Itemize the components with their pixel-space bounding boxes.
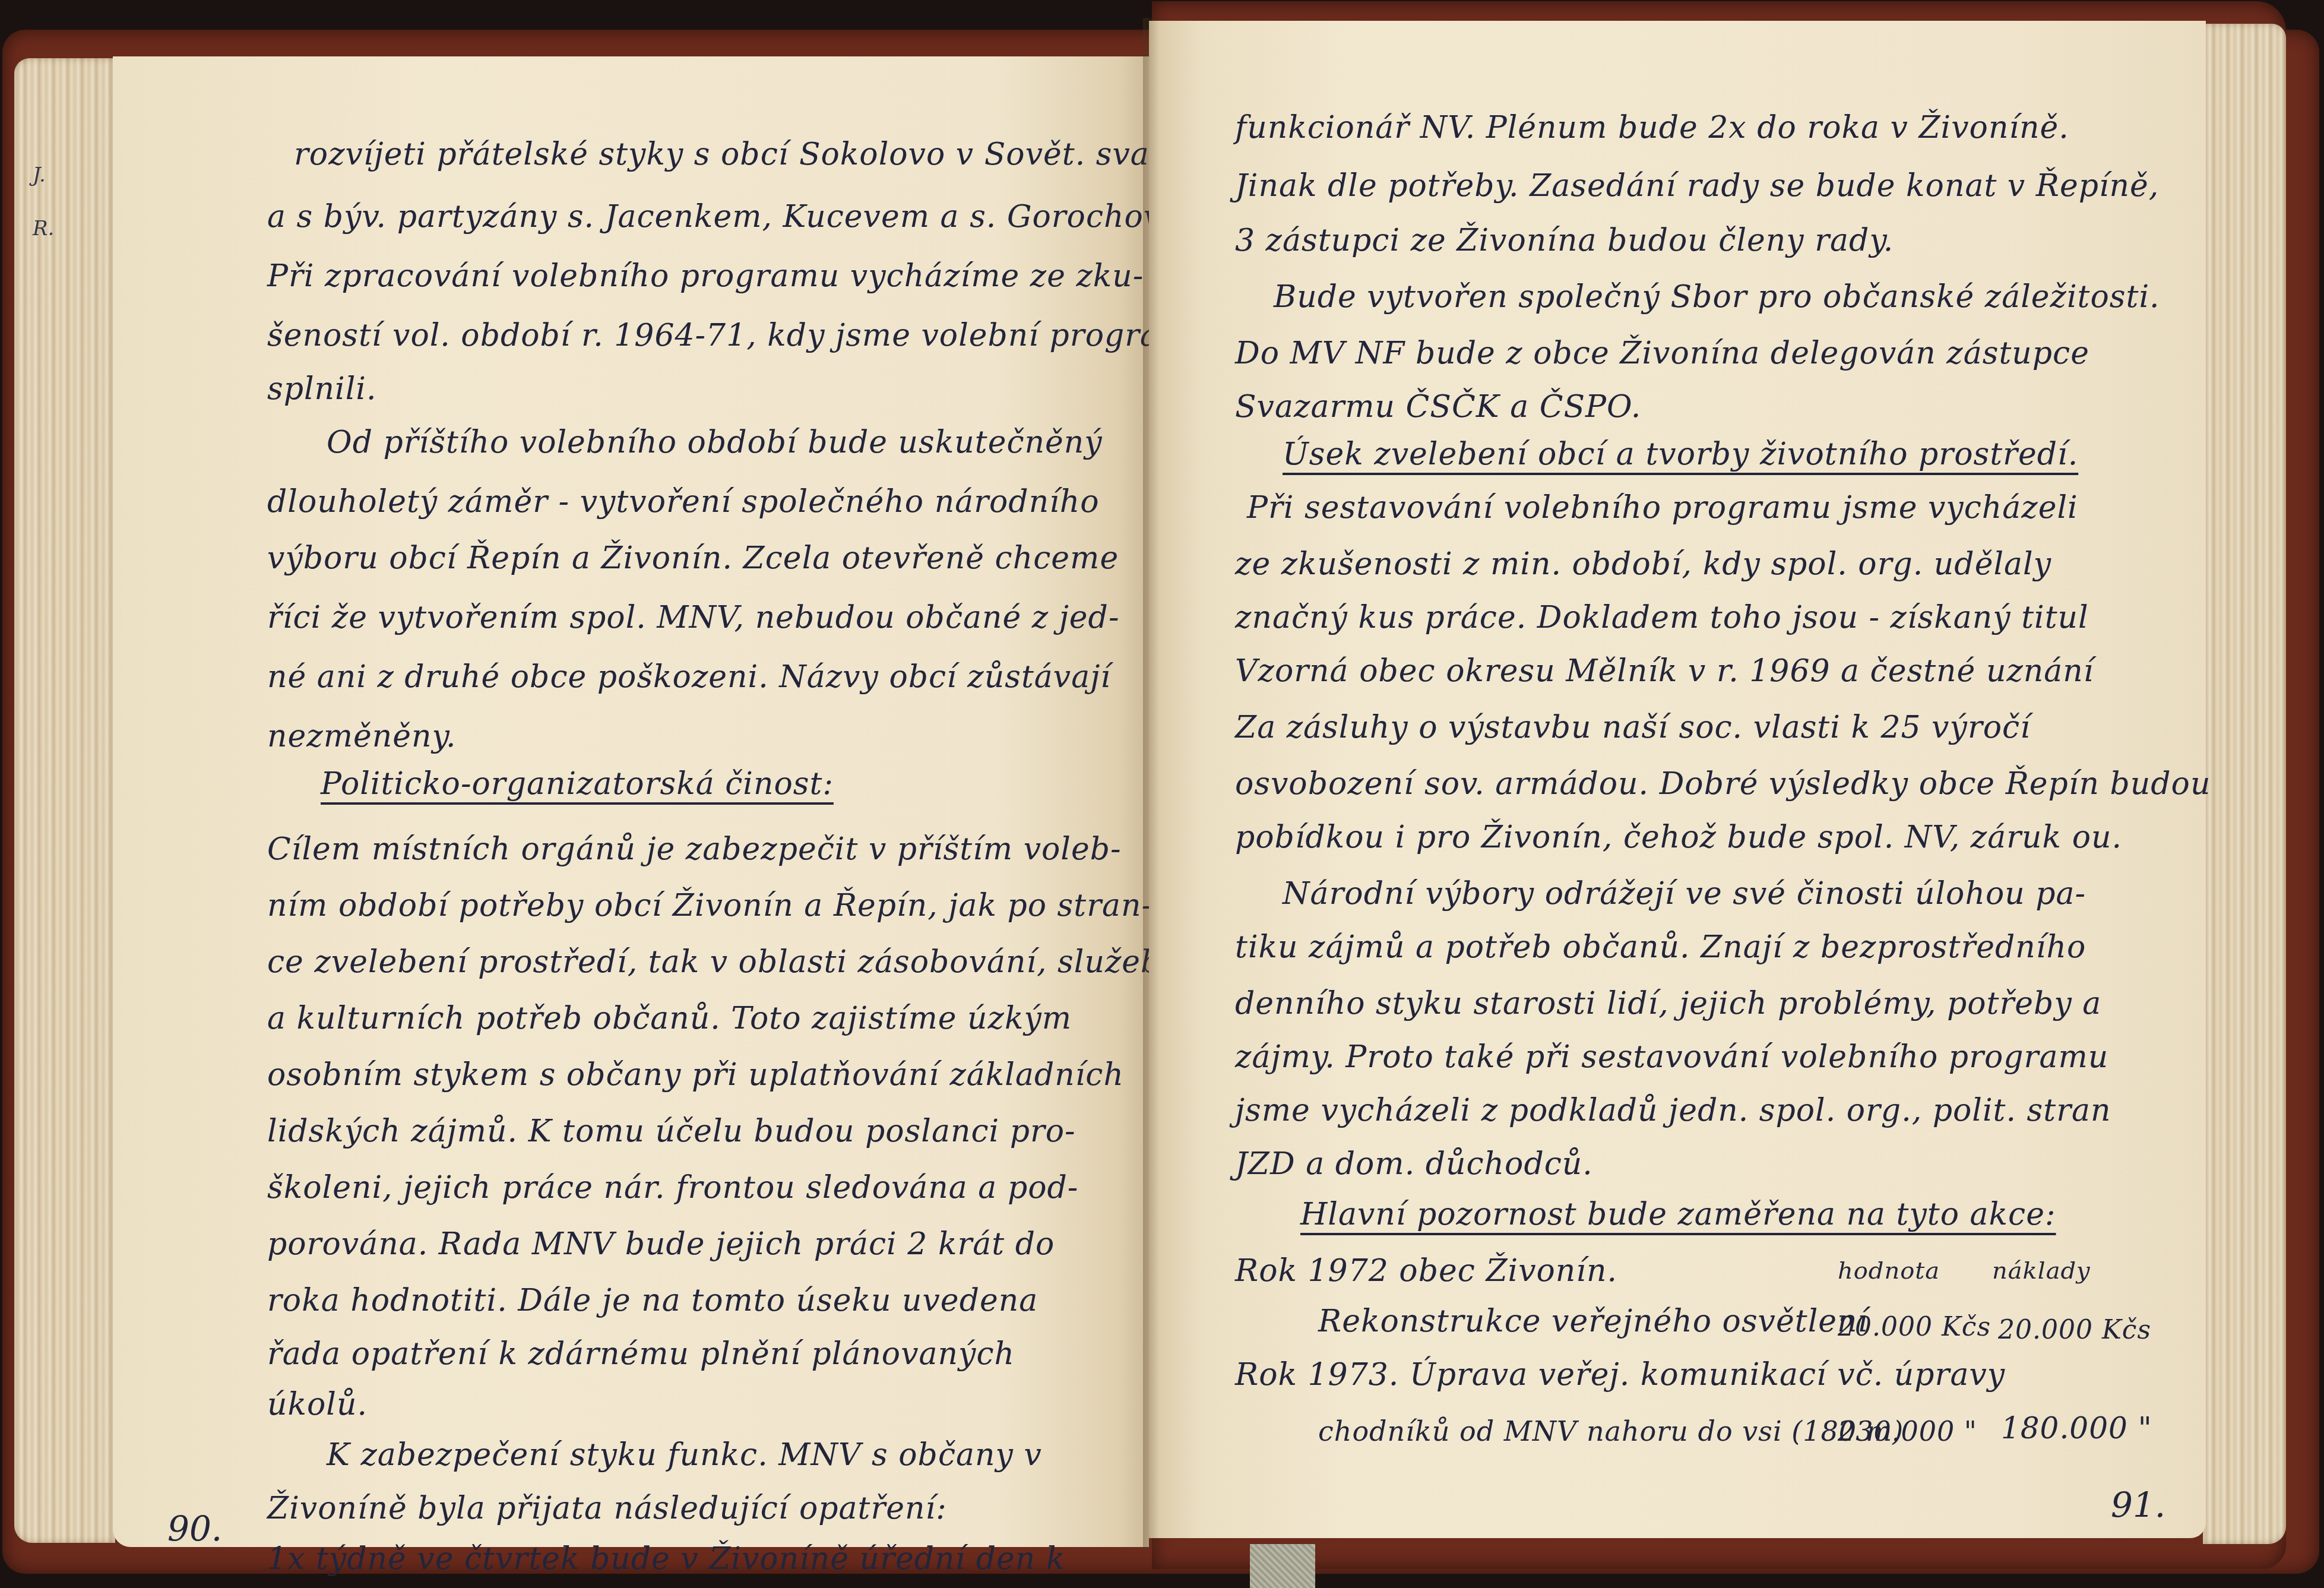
text-line: denního styku starosti lidí, jejich prob…: [1235, 986, 2101, 1021]
book-gutter: [1143, 18, 1160, 1550]
text-line: školeni, jejich práce nár. frontou sledo…: [267, 1170, 1078, 1206]
text-line: 1x týdně ve čtvrtek bude v Živoníně úřed…: [267, 1541, 1065, 1577]
text-line: Při zpracování volebního programu vycház…: [267, 258, 1144, 294]
section-heading: Hlavní pozornost bude zaměřena na tyto a…: [1300, 1197, 2056, 1232]
right-page: funkcionář NV. Plénum bude 2x do roka v …: [1149, 21, 2206, 1538]
text-line: né ani z druhé obce poškozeni. Názvy obc…: [267, 659, 1111, 695]
text-line: lidských zájmů. K tomu účelu budou posla…: [267, 1114, 1076, 1149]
text-line: ce zvelebení prostředí, tak v oblasti zá…: [267, 944, 1161, 980]
page-number-right: 91.: [2111, 1485, 2165, 1525]
text-line: dlouholetý záměr - vytvoření společného …: [267, 484, 1100, 520]
text-line: Od příštího volebního období bude uskute…: [327, 425, 1103, 460]
table-cell-hodnota: 20.000 Kčs: [1838, 1309, 1991, 1345]
text-line: šeností vol. období r. 1964-71, kdy jsme…: [267, 318, 1189, 353]
table-cell-naklady: 20.000 Kčs: [1998, 1312, 2151, 1348]
text-line: Svazarmu ČSČK a ČSPO.: [1235, 389, 1641, 425]
text-line: Do MV NF bude z obce Živonína delegován …: [1235, 336, 2089, 371]
text-line: a s býv. partyzány s. Jacenkem, Kucevem …: [267, 199, 1212, 235]
text-line: a kulturních potřeb občanů. Toto zajistí…: [267, 1001, 1072, 1036]
text-line: říci že vytvořením spol. MNV, nebudou ob…: [267, 600, 1119, 635]
text-line: zájmy. Proto také při sestavování volebn…: [1235, 1039, 2108, 1075]
table-row-label: Rekonstrukce veřejného osvětlení: [1318, 1304, 1868, 1339]
text-line: Bude vytvořen společný Sbor pro občanské…: [1274, 279, 2160, 315]
text-line: osobním stykem s občany při uplatňování …: [267, 1057, 1124, 1093]
text-line: Živoníně byla přijata následující opatře…: [267, 1491, 947, 1526]
ribbon-bookmark: [1250, 1544, 1315, 1588]
text-line: Cílem místních orgánů je zabezpečit v př…: [267, 831, 1122, 867]
text-line: tiku zájmů a potřeb občanů. Znají z bezp…: [1235, 929, 2086, 965]
page-edges-right: [2203, 24, 2286, 1544]
page-number-left: 90.: [167, 1508, 222, 1549]
text-line: výboru obcí Řepín a Živonín. Zcela otevř…: [267, 540, 1119, 576]
text-line: Při sestavování volebního programu jsme …: [1247, 490, 2078, 526]
table-row-label: Rok 1973. Úprava veřej. komunikací vč. ú…: [1235, 1357, 2005, 1393]
text-line: roka hodnotiti. Dále je na tomto úseku u…: [267, 1283, 1038, 1318]
text-line: jsme vycházeli z podkladů jedn. spol. or…: [1235, 1093, 2111, 1128]
text-line: řada opatření k zdárnému plnění plánovan…: [267, 1336, 1015, 1372]
text-line: Jinak dle potřeby. Zasedání rady se bude…: [1235, 168, 2159, 204]
text-line: porována. Rada MNV bude jejich práci 2 k…: [267, 1226, 1055, 1262]
text-line: splnili.: [267, 371, 377, 407]
table-cell-hodnota: 230.000 ": [1838, 1413, 1977, 1449]
text-line: rozvíjeti přátelské styky s obcí Sokolov…: [294, 137, 1187, 172]
text-line: značný kus práce. Dokladem toho jsou - z…: [1235, 600, 2089, 635]
text-line: JZD a dom. důchodců.: [1235, 1146, 1593, 1182]
text-line: osvobození sov. armádou. Dobré výsledky …: [1235, 766, 2211, 802]
column-header-hodnota: hodnota: [1838, 1253, 1940, 1289]
text-line: úkolů.: [267, 1387, 368, 1422]
section-heading: Úsek zvelebení obcí a tvorby životního p…: [1283, 436, 2078, 472]
text-line: ním období potřeby obcí Živonín a Řepín,…: [267, 888, 1152, 923]
margin-mark: R.: [33, 217, 54, 241]
text-line: ze zkušenosti z min. období, kdy spol. o…: [1235, 546, 2051, 582]
text-line: pobídkou i pro Živonín, čehož bude spol.…: [1235, 820, 2122, 855]
text-line: funkcionář NV. Plénum bude 2x do roka v …: [1235, 110, 2069, 145]
column-header-naklady: náklady: [1992, 1253, 2091, 1289]
table-cell-naklady: 180.000 ": [2001, 1410, 2152, 1446]
text-line: Za zásluhy o výstavbu naší soc. vlasti k…: [1235, 710, 2031, 745]
page-edges-left: [14, 58, 115, 1543]
section-heading: Politicko-organizatorská činost:: [321, 766, 834, 802]
left-page: J. R. rozvíjeti přátelské styky s obcí S…: [113, 56, 1149, 1547]
margin-mark: J.: [33, 163, 46, 187]
text-line: Národní výbory odrážejí ve své činosti ú…: [1283, 876, 2086, 912]
text-line: Vzorná obec okresu Mělník v r. 1969 a če…: [1235, 653, 2094, 689]
table-row-label: Rok 1972 obec Živonín.: [1235, 1253, 1617, 1289]
table-row-label: chodníků od MNV nahoru do vsi (180 m): [1318, 1413, 1904, 1449]
text-line: 3 zástupci ze Živonína budou členy rady.: [1235, 223, 1894, 258]
text-line: nezměněny.: [267, 719, 457, 754]
text-line: K zabezpečení styku funkc. MNV s občany …: [327, 1437, 1042, 1473]
